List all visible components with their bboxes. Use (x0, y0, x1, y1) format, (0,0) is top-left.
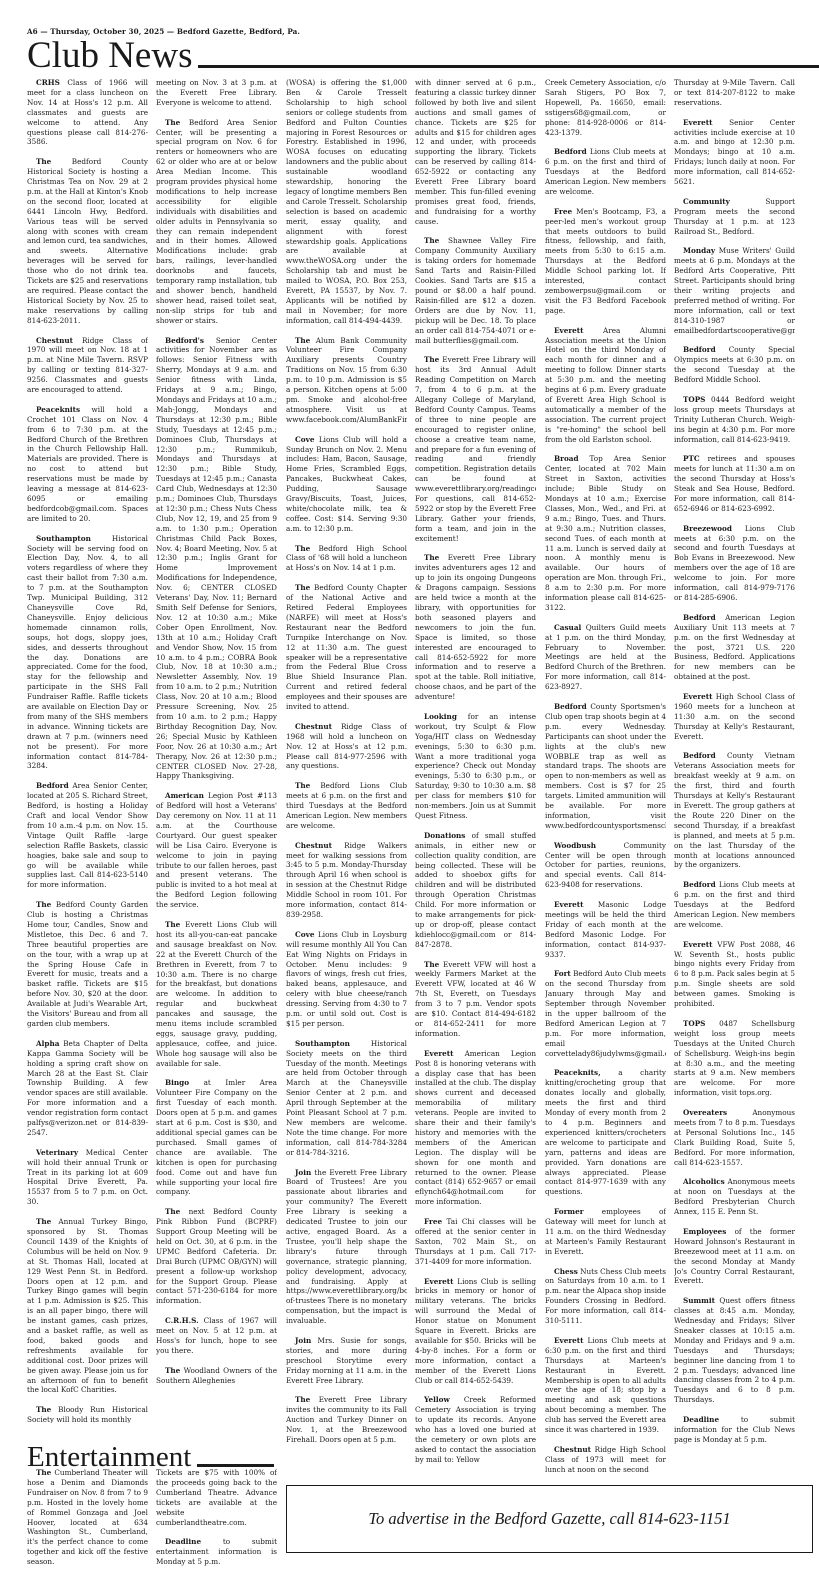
news-item-lead: The (295, 1395, 310, 1404)
news-item: Join the Everett Free Library Board of T… (286, 1168, 407, 1327)
news-item: Everett Senior Center activities include… (674, 118, 795, 187)
news-item: The Everett Free Library invites the com… (286, 1395, 407, 1445)
news-item-lead: Join (295, 1168, 311, 1177)
news-item: Cove Lions Club in Loysburg will resume … (286, 930, 407, 1029)
news-item: Broad Top Area Senior Center, located at… (545, 454, 666, 613)
news-item-text: Men's Bootcamp, F3, a peer-led men's wor… (545, 207, 666, 315)
news-item: Donations of small stuffed animals, in e… (415, 831, 536, 950)
news-item-lead: Bedford (36, 781, 69, 790)
news-item-lead: Chestnut (295, 722, 332, 731)
news-item: Alcoholics Anonymous meets at noon on Tu… (674, 1177, 795, 1217)
news-item-lead: The (36, 1217, 51, 1226)
news-item: The Bedford Lions Club meets at 6 p.m. o… (286, 781, 407, 831)
news-item: Bedford's Senior Center activities for N… (156, 336, 277, 782)
news-item: meeting on Nov. 3 at 3 p.m. at the Evere… (156, 78, 277, 108)
news-item: The Bedford Area Senior Center, will be … (156, 118, 277, 326)
news-item-text: for an intense workout, try Sculpt & Flo… (415, 712, 536, 820)
news-item: Bingo at Imler Area Volunteer Fire Compa… (156, 1078, 277, 1197)
news-item: The Bedford County Garden Club is hostin… (27, 900, 148, 1029)
news-item-text: Bedford Auto Club meets on the second Th… (545, 969, 666, 1057)
news-item-lead: Free (424, 1217, 442, 1226)
news-item-lead: The (295, 781, 310, 790)
news-item: Looking for an intense workout, try Scul… (415, 712, 536, 821)
news-item-lead: Looking (424, 712, 457, 721)
news-item-text: Creek Cemetery Association, c/o Sarah St… (545, 78, 666, 137)
club-news-title: Club News (27, 37, 192, 74)
news-item-lead: Woodbush (554, 841, 596, 850)
news-item: The Annual Turkey Bingo, sponsored by St… (27, 1217, 148, 1395)
news-item-text: Everett VFW will host a weekly Farmers M… (415, 960, 536, 1038)
news-item-lead: The (424, 553, 439, 562)
news-item-lead: Chestnut (295, 841, 332, 850)
news-item-lead: The (424, 355, 439, 364)
news-item-text: Everett Lions Club will host its all-you… (156, 920, 277, 1068)
news-item-lead: Deadline (683, 1415, 719, 1424)
news-item-lead: Southampton (295, 1039, 350, 1048)
news-item-lead: Everett (554, 1336, 583, 1345)
news-item-lead: Yellow (424, 1395, 450, 1404)
news-item-lead: Bedford (683, 751, 716, 760)
news-item-lead: The (295, 544, 310, 553)
news-item: Everett VFW Post 2088, 46 W. Seventh St.… (674, 940, 795, 1009)
news-item: Everett Area Alumni Association meets at… (545, 326, 666, 445)
news-item-text: Thursday at 9-Mile Tavern. Call or text … (674, 78, 795, 107)
news-item-text: Area Senior Center, located at 205 S. Ri… (27, 781, 148, 889)
news-item-lead: Breezewood (683, 524, 732, 533)
news-item: CRHS Class of 1966 will meet for a class… (27, 78, 148, 147)
news-item: Everett Masonic Lodge meetings will be h… (545, 900, 666, 959)
news-item: Everett American Legion Post 8 is honori… (415, 1049, 536, 1208)
news-item-text: Alum Bank Community Volunteer Fire Compa… (286, 336, 407, 424)
news-item: TOPS 0487 Schellsburg weight loss group … (674, 1019, 795, 1098)
news-item-lead: Community (683, 197, 730, 206)
news-item-text: Quest offers fitness classes at 8:45 a.m… (674, 1296, 795, 1404)
news-item: Everett High School Class of 1960 meets … (674, 692, 795, 742)
news-item: Deadline to submit entertainment informa… (156, 1537, 277, 1567)
news-column-4: with dinner served at 6 p.m., featuring … (415, 78, 536, 1500)
news-item: The Bedford County Chapter of the Nation… (286, 583, 407, 712)
news-column-1: CRHS Class of 1966 will meet for a class… (27, 78, 148, 1423)
news-item-text: Lions Club will hold a Sunday Brunch on … (286, 435, 407, 533)
news-item: The Woodland Owners of the Southern Alle… (156, 1366, 277, 1386)
news-item-lead: Southampton (36, 534, 91, 543)
news-item-lead: Bedford (683, 880, 716, 889)
news-item-text: Beta Chapter of Delta Kappa Gamma Societ… (27, 1039, 148, 1137)
news-item-text: Muse Writers' Guild meets at 6 p.m. Mond… (674, 246, 795, 334)
news-item-text: American Legion Post 8 is honoring veter… (415, 1049, 536, 1207)
news-item: Southampton Historical Society meets on … (286, 1039, 407, 1158)
news-item-text: Cumberland Theater will hose a Denim and… (27, 1468, 148, 1566)
news-item-text: County Vietnam Veterans Association meet… (674, 751, 795, 869)
news-item-text: Bedford County Historical Society is hos… (27, 157, 148, 325)
entertainment-column-2: Tickets are $75 with 100% of the proceed… (156, 1468, 277, 1578)
news-item: The Bedford High School Class of '68 wil… (286, 544, 407, 574)
news-item: Monday Muse Writers' Guild meets at 6 p.… (674, 246, 795, 335)
news-item: TOPS 0444 Bedford weight loss group meet… (674, 395, 795, 445)
news-item-lead: Employees (683, 1227, 726, 1236)
news-item-lead: Cove (295, 930, 314, 939)
news-item-lead: The (165, 1366, 180, 1375)
news-item-text: Creek Reformed Cemetery Association is t… (415, 1395, 536, 1463)
news-item-lead: The (36, 1405, 51, 1414)
news-item: The Bedford County Historical Society is… (27, 157, 148, 325)
news-item-lead: Veterinary (36, 1148, 78, 1157)
news-item: Veterinary Medical Center will hold thei… (27, 1148, 148, 1207)
news-item-text: Lions Club meets at 6:30 p.m. on the sec… (674, 524, 795, 602)
news-item: Peaceknits will hold a Crochet 101 Class… (27, 405, 148, 524)
news-item: Yellow Creek Reformed Cemetery Associati… (415, 1395, 536, 1464)
news-column-5: Creek Cemetery Association, c/o Sarah St… (545, 78, 666, 1500)
news-item-text: Senior Center activities include exercis… (674, 118, 795, 186)
news-item: Cove Lions Club will hold a Sunday Brunc… (286, 435, 407, 534)
news-item-lead: The (295, 336, 310, 345)
news-column-2: meeting on Nov. 3 at 3 p.m. at the Evere… (156, 78, 277, 1423)
news-item: Free Men's Bootcamp, F3, a peer-led men'… (545, 207, 666, 316)
news-item-lead: The (424, 236, 439, 245)
news-item-text: County Sportsmen's Club open trap shoots… (545, 702, 666, 830)
news-item: Chess Nuts Chess Club meets on Saturdays… (545, 1267, 666, 1326)
news-item: Bedford American Legion Auxiliary Unit 1… (674, 613, 795, 682)
news-item: Bedford County Vietnam Veterans Associat… (674, 751, 795, 870)
news-item-lead: Former (554, 1207, 584, 1216)
news-item-lead: Fort (554, 969, 571, 978)
news-item-lead: Cove (295, 435, 314, 444)
news-item-lead: Alpha (36, 1039, 59, 1048)
news-item-text: at Imler Area Volunteer Fire Company on … (156, 1078, 277, 1196)
news-item-lead: TOPS (683, 1019, 705, 1028)
news-item-lead: C.R.H.S. (165, 1316, 199, 1325)
news-item-lead: Chess (554, 1267, 578, 1276)
news-item-text: Lions Club in Loysburg will resume month… (286, 930, 407, 1028)
news-item-lead: American (165, 791, 204, 800)
news-item: Community Support Program meets the seco… (674, 197, 795, 237)
news-item-lead: Bedford (554, 702, 587, 711)
news-item-text: American Legion Auxiliary Unit 113 meets… (674, 613, 795, 681)
news-item-lead: The (165, 1207, 180, 1216)
heading-rule (198, 65, 819, 68)
news-item-lead: Everett (554, 326, 583, 335)
news-item-text: with dinner served at 6 p.m., featuring … (415, 78, 536, 226)
news-item-lead: Summit (683, 1296, 715, 1305)
news-item: Join Mrs. Susie for songs, stories, and … (286, 1336, 407, 1386)
news-item-text: Legion Post #113 of Bedford will host a … (156, 791, 277, 909)
news-item: The Everett Lions Club will host its all… (156, 920, 277, 1069)
news-item-lead: Deadline (165, 1537, 201, 1546)
news-item-lead: Overeaters (683, 1108, 727, 1117)
news-item-lead: Join (295, 1336, 311, 1345)
news-item-lead: Peaceknits (36, 405, 80, 414)
news-item: Chestnut Ridge Class of 1968 will hold a… (286, 722, 407, 772)
news-item-lead: PTC (683, 454, 700, 463)
news-item-lead: Donations (424, 831, 465, 840)
news-item-text: Class of 1966 will meet for a class lunc… (27, 78, 148, 146)
news-item-text: Quilters Guild meets at 1 p.m. on the th… (545, 623, 666, 691)
news-item-lead: Alcoholics (683, 1177, 725, 1186)
news-item-lead: Bedford (554, 147, 587, 156)
news-item-text: Everett Free Library will host its 3rd A… (415, 355, 536, 542)
news-item-text: the Everett Free Library Board of Truste… (286, 1168, 407, 1326)
news-item: The Cumberland Theater will hose a Denim… (27, 1468, 148, 1567)
news-item-lead: Casual (554, 623, 581, 632)
news-item-lead: Bedford (683, 613, 716, 622)
news-column-6: Thursday at 9-Mile Tavern. Call or text … (674, 78, 795, 1500)
news-item-text: Senior Center activities for November ar… (156, 336, 277, 781)
news-item-lead: Chestnut (36, 336, 73, 345)
news-item-lead: The (36, 157, 51, 166)
news-item-text: Area Alumni Association meets at the Uni… (545, 326, 666, 444)
news-item-text: Top Area Senior Center, located at 702 M… (545, 454, 666, 612)
news-item: The Shawnee Valley Fire Company Communit… (415, 236, 536, 345)
news-item: Overeaters Anonymous meets from 7 to 8 p… (674, 1108, 795, 1167)
news-item: Bedford County Special Olympics meets at… (674, 345, 795, 385)
news-item: Breezewood Lions Club meets at 6:30 p.m.… (674, 524, 795, 603)
news-item: The Bloody Run Historical Society will h… (27, 1405, 148, 1423)
news-item-text: Shawnee Valley Fire Company Community Au… (415, 236, 536, 344)
news-item-text: Everett Free Library invites adventurers… (415, 553, 536, 701)
news-item: The Everett VFW will host a weekly Farme… (415, 960, 536, 1039)
news-item-text: meeting on Nov. 3 at 3 p.m. at the Evere… (156, 78, 277, 107)
news-item-text: of small stuffed animals, in either new … (415, 831, 536, 949)
news-item-text: Lions Club is selling bricks in memory o… (415, 1277, 536, 1385)
news-item: Chestnut Ridge Walkers meet for walking … (286, 841, 407, 920)
news-item-text: (WOSA) is offering the $1,000 Ben & Caro… (286, 78, 407, 325)
news-item-text: Annual Turkey Bingo, sponsored by St. Th… (27, 1217, 148, 1394)
news-item-lead: Bingo (165, 1078, 189, 1087)
news-item: Tickets are $75 with 100% of the proceed… (156, 1468, 277, 1527)
news-item: The Alum Bank Community Volunteer Fire C… (286, 336, 407, 425)
news-item-text: Tickets are $75 with 100% of the proceed… (156, 1468, 277, 1527)
news-item: with dinner served at 6 p.m., featuring … (415, 78, 536, 227)
news-item-text: Bedford County Chapter of the National A… (286, 583, 407, 711)
news-item: Casual Quilters Guild meets at 1 p.m. on… (545, 623, 666, 692)
news-item-lead: Everett (683, 692, 712, 701)
news-item-text: next Bedford County Pink Ribbon Fund (BC… (156, 1207, 277, 1305)
news-item-lead: Everett (424, 1277, 453, 1286)
news-item-lead: Bedford (683, 345, 716, 354)
news-item: Bedford Lions Club meets at 6 p.m. on th… (545, 147, 666, 197)
news-item-lead: The (36, 900, 51, 909)
news-item-text: Lions Club meets at 6:30 p.m. on the fir… (545, 1336, 666, 1434)
news-item-lead: Peaceknits, (554, 1068, 601, 1077)
news-item-lead: The (36, 1468, 51, 1477)
news-item-lead: Monday (683, 246, 715, 255)
news-item: Former employees of Gateway will meet fo… (545, 1207, 666, 1257)
news-item: Bedford Area Senior Center, located at 2… (27, 781, 148, 890)
news-item-lead: TOPS (683, 395, 705, 404)
news-item-lead: The (165, 118, 180, 127)
news-item-text: Historical Society will be serving food … (27, 534, 148, 771)
news-item: Employees of the former Howard Johnson's… (674, 1227, 795, 1286)
news-item: American Legion Post #113 of Bedford wil… (156, 791, 277, 910)
news-item-text: VFW Post 2088, 46 W. Seventh St., hosts … (674, 940, 795, 1008)
news-item: Woodbush Community Center will be open t… (545, 841, 666, 891)
news-item: Thursday at 9-Mile Tavern. Call or text … (674, 78, 795, 108)
news-column-3: (WOSA) is offering the $1,000 Ben & Caro… (286, 78, 407, 1573)
heading-rule (197, 1464, 274, 1467)
news-item-lead: Everett (554, 900, 583, 909)
news-item: Bedford Lions Club meets at 6 p.m. on th… (674, 880, 795, 930)
news-item: Summit Quest offers fitness classes at 8… (674, 1296, 795, 1405)
news-item: Deadline to submit information for the C… (674, 1415, 795, 1445)
news-item: Fort Bedford Auto Club meets on the seco… (545, 969, 666, 1058)
news-item: The Everett Free Library will host its 3… (415, 355, 536, 543)
news-item-lead: The (295, 583, 310, 592)
advertisement-text: To advertise in the Bedford Gazette, cal… (368, 1509, 730, 1529)
news-item-lead: Chestnut (554, 1445, 591, 1454)
news-item-lead: Free (554, 207, 572, 216)
news-item: Everett Lions Club meets at 6:30 p.m. on… (545, 1336, 666, 1435)
news-item-lead: Everett (683, 118, 712, 127)
news-item-lead: The (165, 920, 180, 929)
news-item-text: Ridge Walkers meet for walking sessions … (286, 841, 407, 919)
news-item: C.R.H.S. Class of 1967 will meet on Nov.… (156, 1316, 277, 1356)
news-item: Alpha Beta Chapter of Delta Kappa Gamma … (27, 1039, 148, 1138)
news-item: Everett Lions Club is selling bricks in … (415, 1277, 536, 1386)
news-item: Southampton Historical Society will be s… (27, 534, 148, 772)
news-item: Bedford County Sportsmen's Club open tra… (545, 702, 666, 831)
news-item-text: Bedford Area Senior Center, will be pres… (156, 118, 277, 325)
news-item-text: 0487 Schellsburg weight loss group meets… (674, 1019, 795, 1097)
news-item-lead: Everett (683, 940, 712, 949)
news-item-lead: The (424, 960, 439, 969)
club-news-heading: Club News (27, 37, 819, 74)
news-item-text: a charity knitting/crocheting group that… (545, 1068, 666, 1196)
news-item-lead: Broad (554, 454, 579, 463)
news-item: Chestnut Ridge Class of 1970 will meet o… (27, 336, 148, 395)
entertainment-column-1: The Cumberland Theater will hose a Denim… (27, 1468, 148, 1578)
news-item-lead: Everett (424, 1049, 453, 1058)
news-item: The next Bedford County Pink Ribbon Fund… (156, 1207, 277, 1306)
news-item-lead: CRHS (36, 78, 60, 87)
news-item-lead: Bedford's (165, 336, 204, 345)
news-item: Free Tai Chi classes will be offered at … (415, 1217, 536, 1267)
news-item: Peaceknits, a charity knitting/crochetin… (545, 1068, 666, 1197)
news-item-text: will hold a Crochet 101 Class on Nov. 4 … (27, 405, 148, 523)
news-item: Chestnut Ridge High School Class of 1973… (545, 1445, 666, 1475)
news-item: The Everett Free Library invites adventu… (415, 553, 536, 702)
news-item: (WOSA) is offering the $1,000 Ben & Caro… (286, 78, 407, 326)
news-item-text: Historical Society meets on the third Tu… (286, 1039, 407, 1157)
news-item: Creek Cemetery Association, c/o Sarah St… (545, 78, 666, 137)
news-item: PTC retirees and spouses meets for lunch… (674, 454, 795, 513)
news-item-text: Bedford County Garden Club is hosting a … (27, 900, 148, 1028)
advertisement-box: To advertise in the Bedford Gazette, cal… (286, 1485, 813, 1553)
